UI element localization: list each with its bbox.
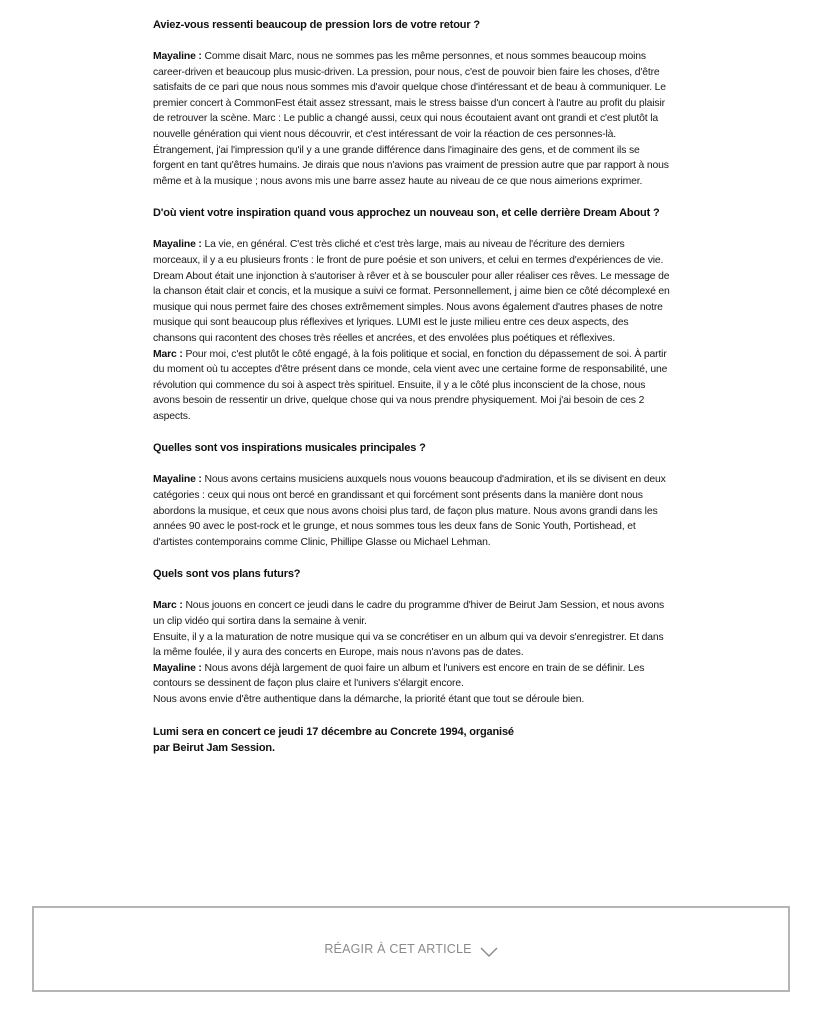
speaker-label: Marc : xyxy=(153,349,183,360)
speaker-label: Mayaline : xyxy=(153,663,202,674)
answer-block: Mayaline : Nous avons certains musiciens… xyxy=(153,472,671,550)
answer-text: Nous jouons en concert ce jeudi dans le … xyxy=(153,600,664,627)
announcement-line-1: Lumi sera en concert ce jeudi 17 décembr… xyxy=(153,726,514,738)
answer-text: La vie, en général. C'est très cliché et… xyxy=(153,239,670,344)
react-to-article-button[interactable]: RÉAGIR À CET ARTICLE xyxy=(32,906,790,992)
article-body: Aviez-vous ressenti beaucoup de pression… xyxy=(153,17,671,756)
question-heading: D'où vient votre inspiration quand vous … xyxy=(153,205,671,221)
speaker-label: Mayaline : xyxy=(153,239,202,250)
answer-block: Marc : Nous jouons en concert ce jeudi d… xyxy=(153,598,671,707)
question-heading: Aviez-vous ressenti beaucoup de pression… xyxy=(153,17,671,33)
answer-block: Mayaline : La vie, en général. C'est trè… xyxy=(153,237,671,424)
concert-announcement: Lumi sera en concert ce jeudi 17 décembr… xyxy=(153,724,671,756)
answer-paragraph: Nous avons envie d'être authentique dans… xyxy=(153,692,671,708)
answer-paragraph: Marc : Nous jouons en concert ce jeudi d… xyxy=(153,598,671,629)
announcement-line-2: par Beirut Jam Session. xyxy=(153,742,275,754)
question-heading: Quels sont vos plans futurs? xyxy=(153,566,671,582)
answer-paragraph: Mayaline : La vie, en général. C'est trè… xyxy=(153,237,671,346)
answer-paragraph: Mayaline : Nous avons certains musiciens… xyxy=(153,472,671,550)
answer-text: Comme disait Marc, nous ne sommes pas le… xyxy=(153,51,669,187)
speaker-label: Mayaline : xyxy=(153,51,202,62)
speaker-label: Mayaline : xyxy=(153,474,202,485)
answer-paragraph: Mayaline : Nous avons déjà largement de … xyxy=(153,661,671,692)
question-heading: Quelles sont vos inspirations musicales … xyxy=(153,440,671,456)
answer-text: Nous avons certains musiciens auxquels n… xyxy=(153,474,666,547)
answer-text: Ensuite, il y a la maturation de notre m… xyxy=(153,632,664,659)
answer-block: Mayaline : Comme disait Marc, nous ne so… xyxy=(153,49,671,189)
answer-paragraph: Mayaline : Comme disait Marc, nous ne so… xyxy=(153,49,671,189)
speaker-label: Marc : xyxy=(153,600,183,611)
react-label: RÉAGIR À CET ARTICLE xyxy=(324,942,471,956)
answer-text: Nous avons envie d'être authentique dans… xyxy=(153,694,584,705)
answer-paragraph: Ensuite, il y a la maturation de notre m… xyxy=(153,630,671,661)
answer-text: Pour moi, c'est plutôt le côté engagé, à… xyxy=(153,349,667,422)
answer-paragraph: Marc : Pour moi, c'est plutôt le côté en… xyxy=(153,347,671,425)
chevron-down-icon xyxy=(480,944,498,954)
answer-text: Nous avons déjà largement de quoi faire … xyxy=(153,663,644,690)
